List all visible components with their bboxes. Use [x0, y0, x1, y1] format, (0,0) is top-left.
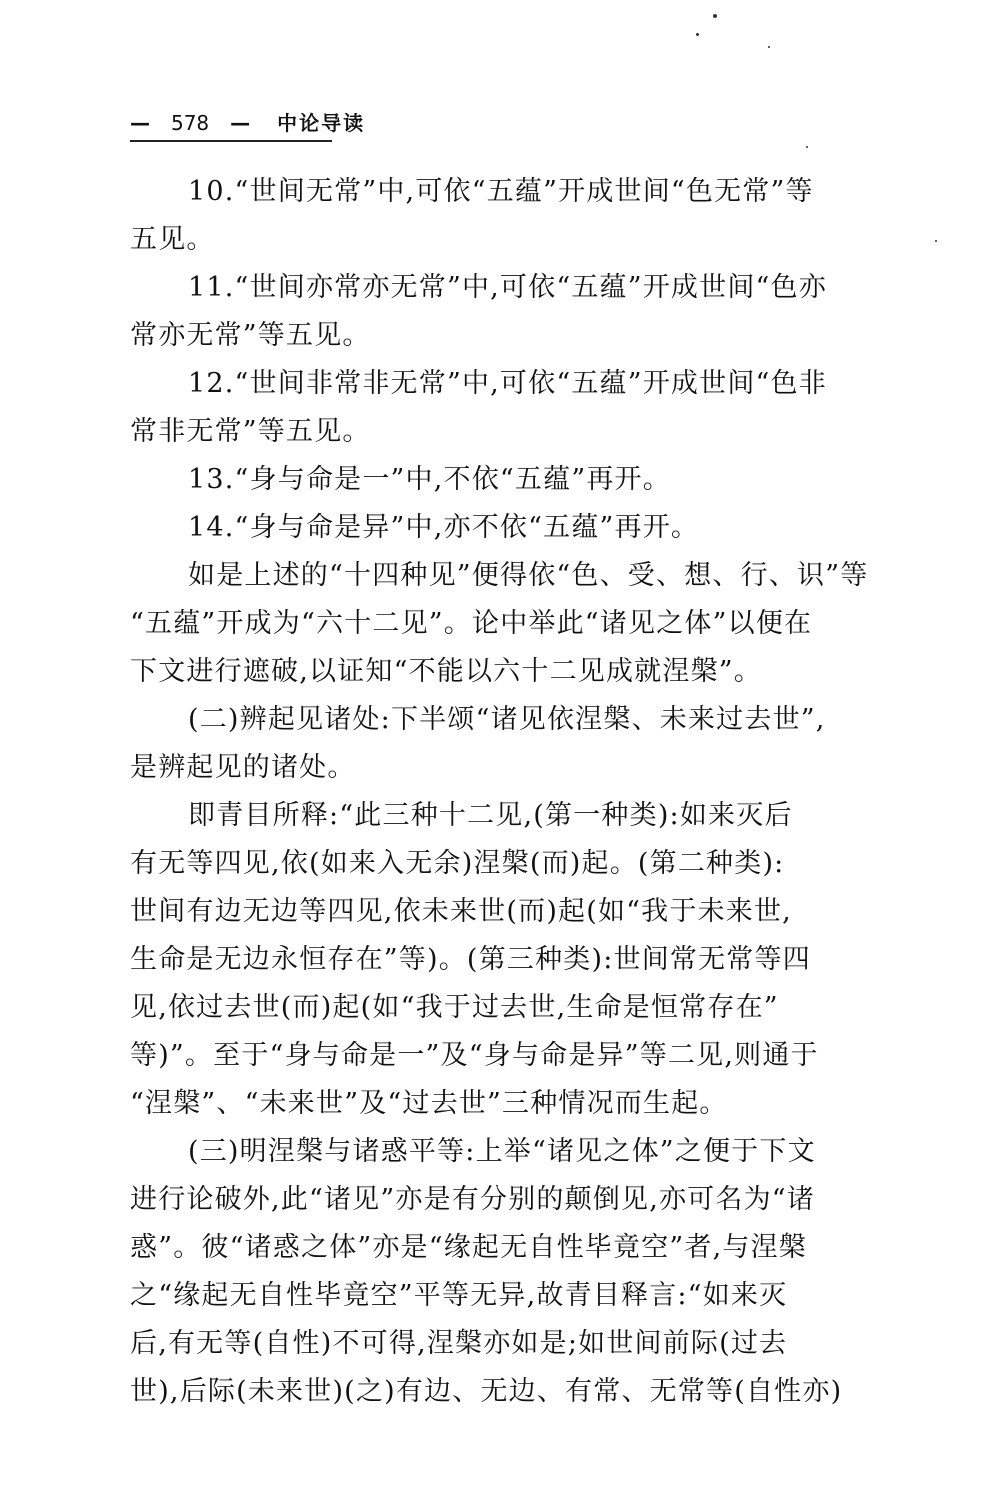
text-line: 后,有无等(自性)不可得,涅槃亦如是;如世间前际(过去 — [130, 1320, 860, 1368]
header-dash-right: — — [230, 108, 250, 138]
body-text: 10.“世间无常”中,可依“五蕴”开成世间“色无常”等 五见。 11.“世间亦常… — [130, 168, 860, 1416]
text-line: 是辨起见的诸处。 — [130, 744, 860, 792]
page-number: 578 — [171, 108, 209, 138]
text-line: 常亦无常”等五见。 — [130, 312, 860, 360]
text-line: 11.“世间亦常亦无常”中,可依“五蕴”开成世间“色亦 — [130, 264, 860, 312]
text-line: (三)明涅槃与诸惑平等:上举“诸见之体”之便于下文 — [130, 1128, 860, 1176]
book-title: 中论导读 — [277, 108, 365, 138]
text-line: 进行论破外,此“诸见”亦是有分别的颠倒见,亦可名为“诸 — [130, 1176, 860, 1224]
text-line: “五蕴”开成为“六十二见”。论中举此“诸见之体”以便在 — [130, 600, 860, 648]
text-line: 生命是无边永恒存在”等)。(第三种类):世间常无常等四 — [130, 936, 860, 984]
header-dash-left: — — [130, 108, 150, 138]
text-line: 即青目所释:“此三种十二见,(第一种类):如来灭后 — [130, 792, 860, 840]
scan-speck — [713, 14, 717, 18]
scan-speck — [806, 146, 808, 148]
scan-speck — [768, 46, 770, 48]
text-line: 10.“世间无常”中,可依“五蕴”开成世间“色无常”等 — [130, 168, 860, 216]
text-line: 世),后际(未来世)(之)有边、无边、有常、无常等(自性亦) — [130, 1368, 860, 1416]
text-line: 常非无常”等五见。 — [130, 408, 860, 456]
running-header: — 578 — 中论导读 — [130, 108, 332, 142]
text-line: 等)”。至于“身与命是一”及“身与命是异”等二见,则通于 — [130, 1032, 860, 1080]
text-line: 13.“身与命是一”中,不依“五蕴”再开。 — [130, 456, 860, 504]
text-line: 见,依过去世(而)起(如“我于过去世,生命是恒常存在” — [130, 984, 860, 1032]
text-line: 下文进行遮破,以证知“不能以六十二见成就涅槃”。 — [130, 648, 860, 696]
text-line: 如是上述的“十四种见”便得依“色、受、想、行、识”等 — [130, 552, 860, 600]
text-line: 有无等四见,依(如来入无余)涅槃(而)起。(第二种类): — [130, 840, 860, 888]
text-line: 世间有边无边等四见,依未来世(而)起(如“我于未来世, — [130, 888, 860, 936]
text-line: 五见。 — [130, 216, 860, 264]
scan-speck — [935, 240, 937, 242]
text-line: “涅槃”、“未来世”及“过去世”三种情况而生起。 — [130, 1080, 860, 1128]
scan-speck — [696, 33, 699, 36]
text-line: 14.“身与命是异”中,亦不依“五蕴”再开。 — [130, 504, 860, 552]
text-line: (二)辨起见诸处:下半颂“诸见依涅槃、未来过去世”, — [130, 696, 860, 744]
text-line: 12.“世间非常非无常”中,可依“五蕴”开成世间“色非 — [130, 360, 860, 408]
text-line: 惑”。彼“诸惑之体”亦是“缘起无自性毕竟空”者,与涅槃 — [130, 1224, 860, 1272]
text-line: 之“缘起无自性毕竟空”平等无异,故青目释言:“如来灭 — [130, 1272, 860, 1320]
